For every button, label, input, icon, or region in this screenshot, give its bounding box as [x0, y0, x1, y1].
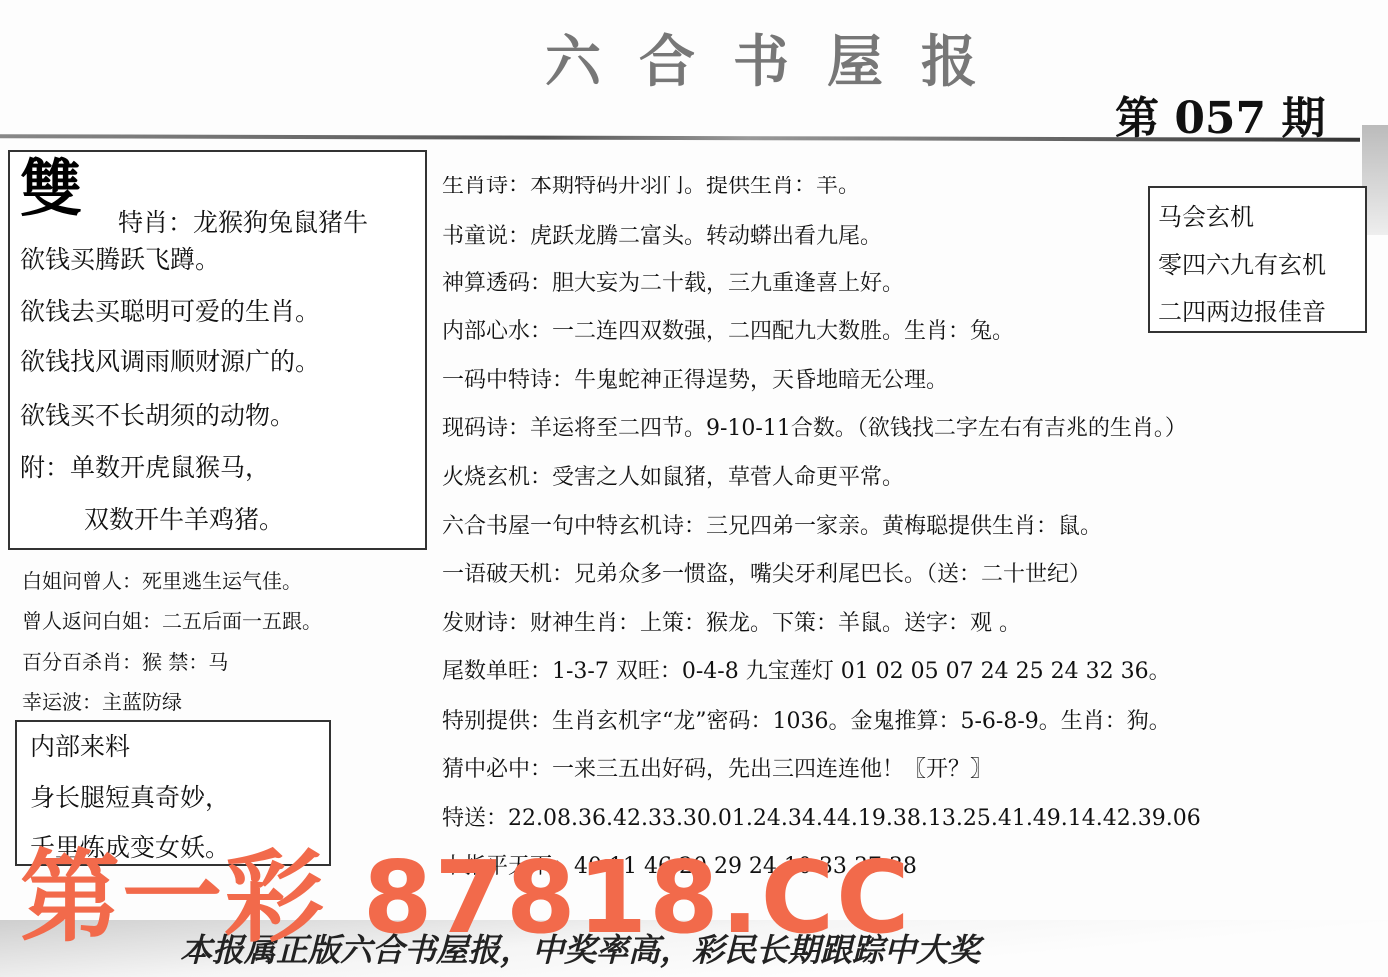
- double-character-mark: 雙: [20, 158, 82, 220]
- main-line: 火烧玄机：受害之人如鼠猪，草菅人命更平常。: [442, 460, 904, 491]
- side-note: 百分百杀肖：猴 禁：马: [22, 646, 228, 675]
- side-note: 幸运波：主蓝防绿: [22, 686, 182, 715]
- side-note: 曾人返问白姐：二五后面一五跟。: [22, 605, 322, 634]
- main-line: 一码中特诗：牛鬼蛇神正得逞势，天昏地暗无公理。: [442, 363, 948, 394]
- newspaper-title: 六合书屋报: [545, 18, 1015, 98]
- main-line: 一语破天机：兄弟众多一惯盗，嘴尖牙利尾巴长。（送：二十世纪）: [442, 557, 1091, 588]
- site-watermark: 第一彩 87818.CC: [20, 848, 911, 948]
- horse-club-line: 二四两边报佳音: [1158, 292, 1326, 327]
- main-line: 特送：22.08.36.42.33.30.01.24.34.44.19.38.1…: [442, 801, 1201, 832]
- main-line: 猜中必中：一来三五出好码，先出三四连连他！〖开？〗: [442, 752, 992, 783]
- side-note: 白姐问曾人：死里逃生运气佳。: [22, 565, 302, 594]
- special-zodiac-line: 特肖：龙猴狗兔鼠猪牛: [118, 203, 368, 239]
- horse-club-line: 零四六九有玄机: [1158, 245, 1326, 280]
- main-line: 内部心水：一二连四双数强，二四配九大数胜。生肖：兔。: [442, 314, 1014, 345]
- inside-info-title: 内部来料: [30, 727, 130, 763]
- main-line: 现码诗：羊运将至二四节。9-10-11合数。（欲钱找二字左右有吉兆的生肖。）: [442, 411, 1187, 442]
- left-box-line: 欲钱找风调雨顺财源广的。: [20, 342, 320, 378]
- inside-info-line: 身长腿短真奇妙，: [30, 778, 230, 814]
- main-line: 发财诗：财神生肖：上策：猴龙。下策：羊鼠。送字：观 。: [442, 606, 1021, 637]
- main-line: 书童说：虎跃龙腾二富头。转动蟒出看九尾。: [442, 219, 882, 250]
- main-line: 六合书屋一句中特玄机诗：三兄四弟一家亲。黄梅聪提供生肖：鼠。: [442, 509, 1102, 540]
- left-box-line: 欲钱买腾跃飞蹲。: [20, 240, 220, 276]
- left-box-line: 欲钱买不长胡须的动物。: [20, 396, 295, 432]
- left-box-line: 双数开牛羊鸡猪。: [84, 500, 284, 536]
- main-line: 神算透码：胆大妄为二十载，三九重逢喜上好。: [442, 266, 904, 297]
- left-box-line: 欲钱去买聪明可爱的生肖。: [20, 292, 320, 328]
- main-line: 尾数单旺：1-3-7 双旺：0-4-8 九宝莲灯 01 02 05 07 24 …: [442, 654, 1171, 685]
- main-line: 特别提供：生肖玄机字“龙”密码：1036。金鬼推算：5-6-8-9。生肖：狗。: [442, 704, 1171, 735]
- main-line: 生肖诗：本期特码开羽门。提供生肖：羊。: [442, 168, 860, 199]
- left-box-line: 附：单数开虎鼠猴马，: [20, 448, 270, 484]
- horse-club-line: 马会玄机: [1158, 197, 1254, 232]
